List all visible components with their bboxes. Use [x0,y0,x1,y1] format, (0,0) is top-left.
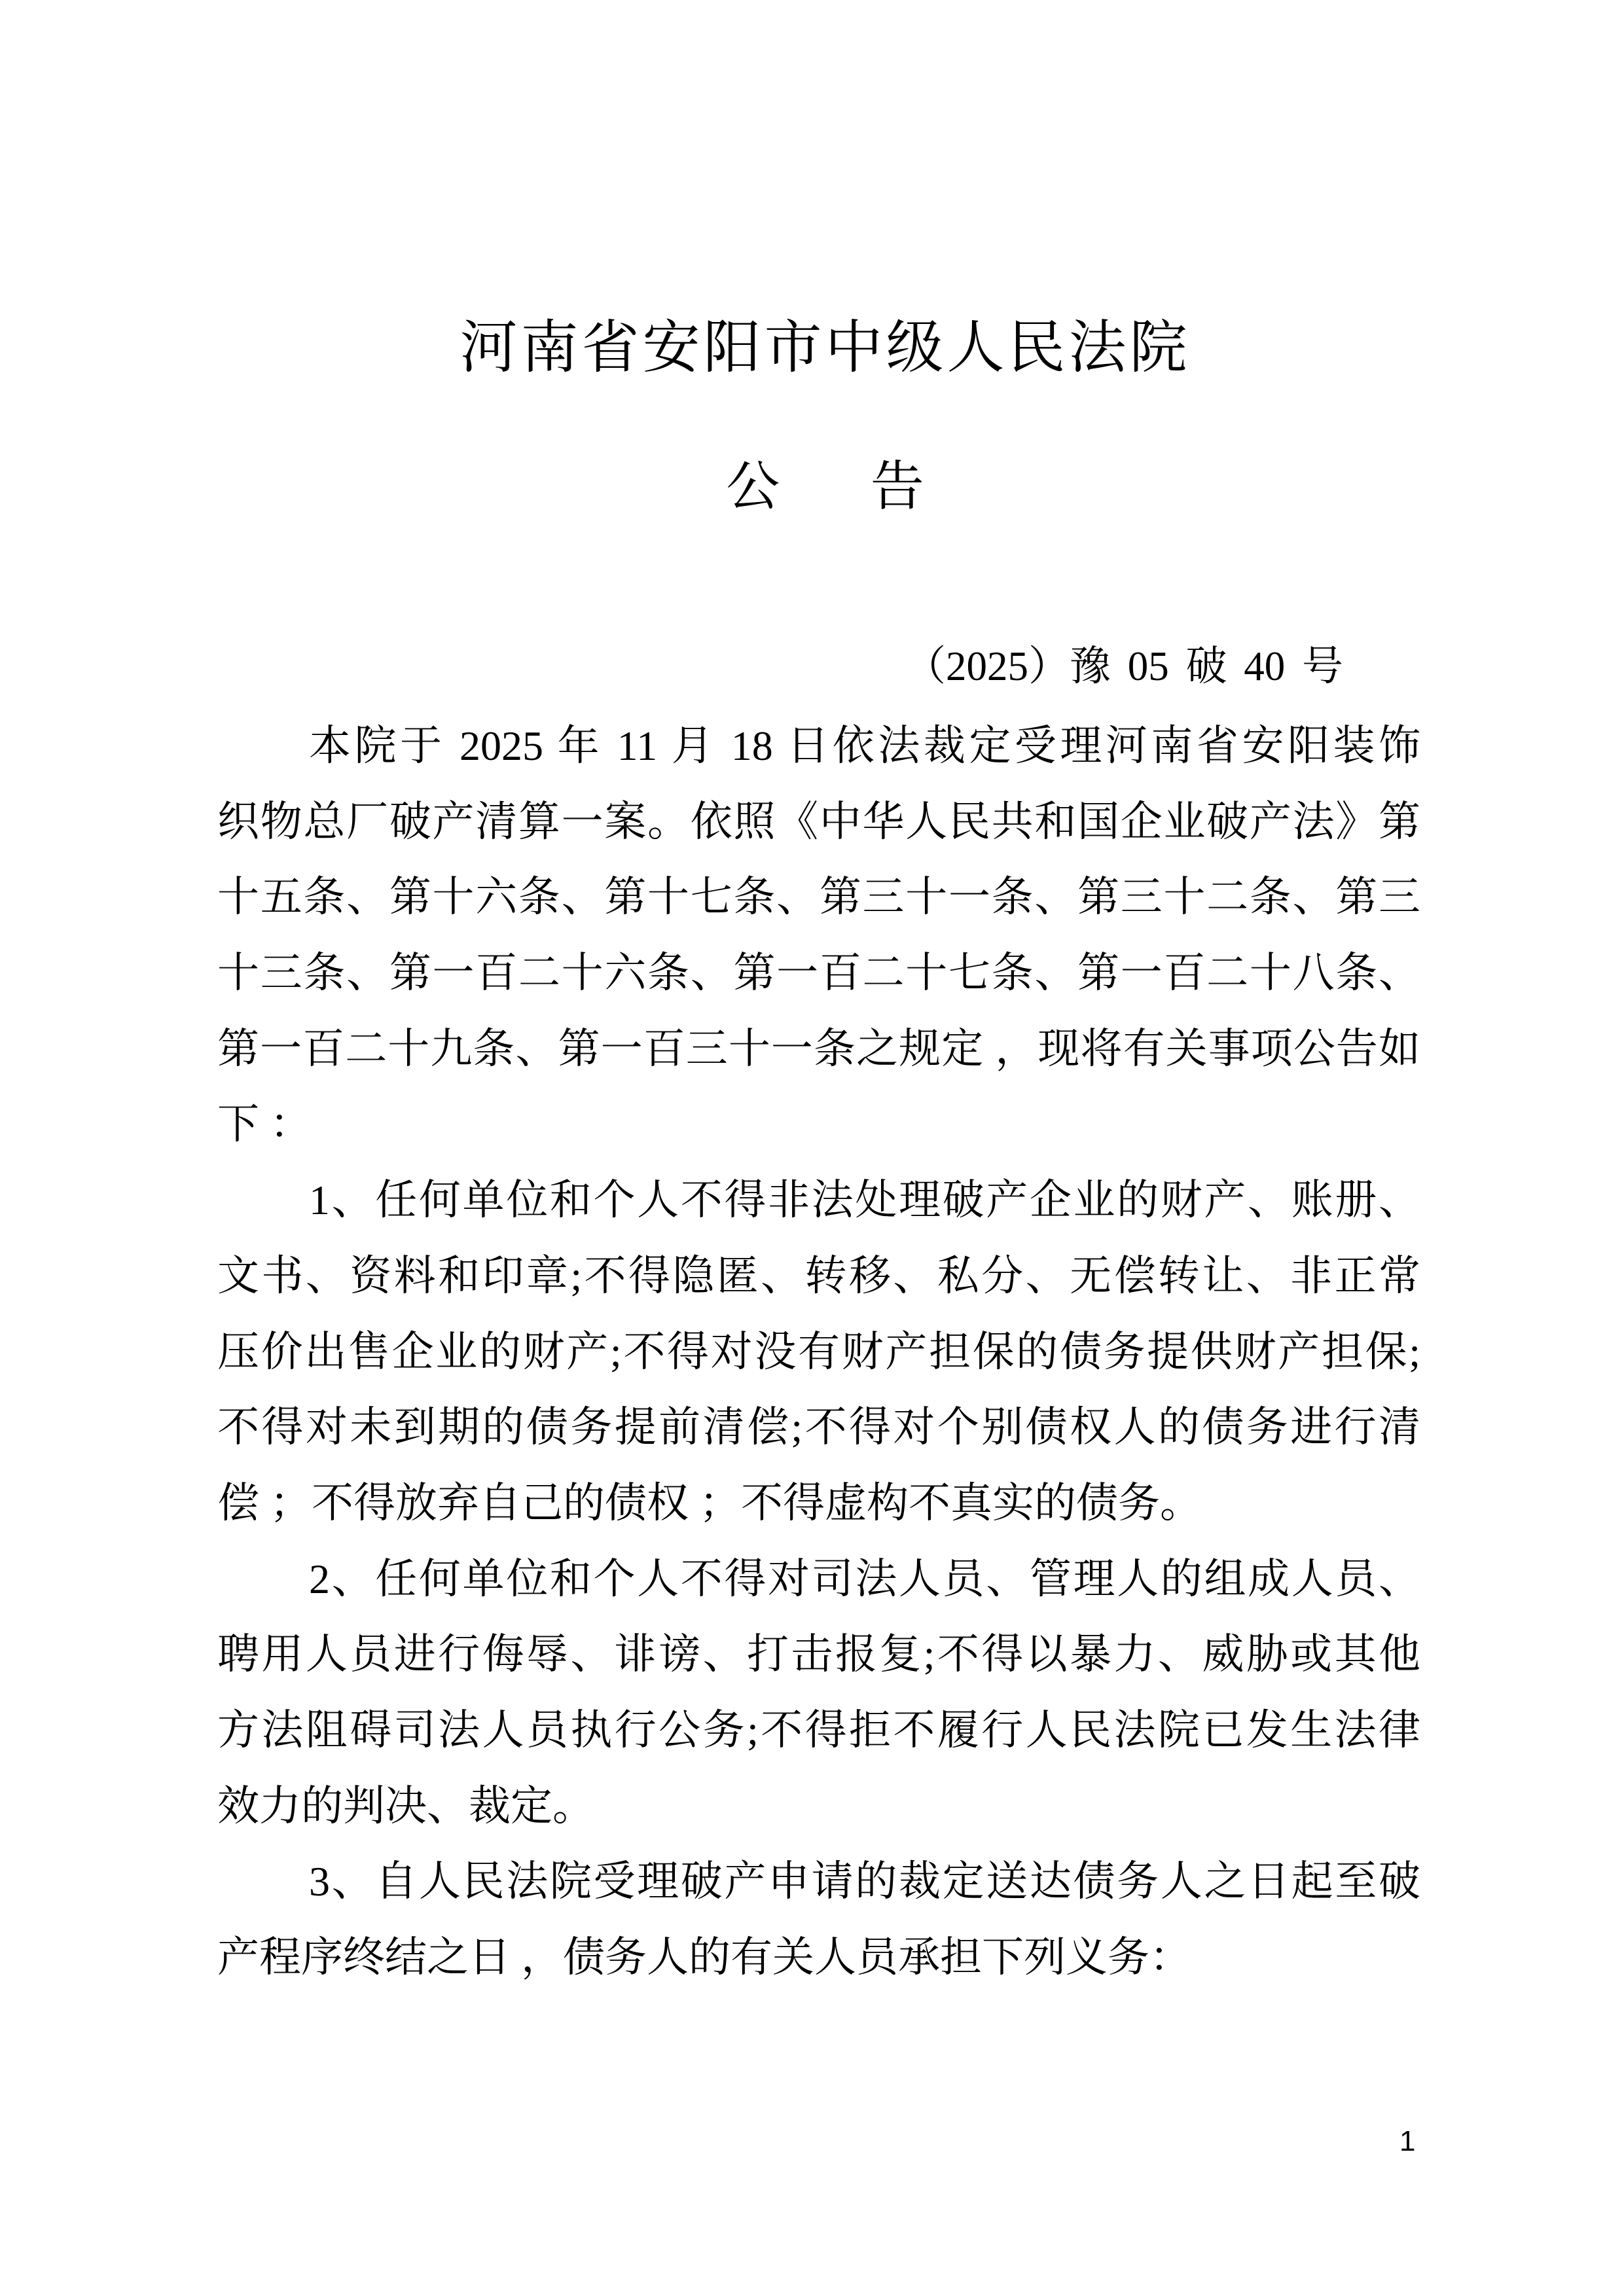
body-line: 产程序终结之日 ，债务人的有关人员承担下列义务： [217,1920,1420,1996]
announcement-heading: 公 告 [0,454,1624,520]
body-line: 3、自人民法院受理破产申请的裁定送达债务人之日起至破 [217,1844,1420,1920]
body-line: 十五条、第十六条、第十七条、第三十一条、第三十二条、第三 [217,859,1420,935]
page-number: 1 [1399,2126,1415,2157]
body-line: 效力的判决、裁定。 [217,1768,1420,1844]
body-line: 聘用人员进行侮辱、诽谤、打击报复;不得以暴力、威胁或其他 [217,1617,1420,1693]
body-line: 文书、资料和印章;不得隐匿、转移、私分、无偿转让、非正常 [217,1238,1420,1314]
body-line: 方法阻碍司法人员执行公务;不得拒不履行人民法院已发生法律 [217,1693,1420,1768]
body-line: 偿 ；不得放弃自己的债权 ；不得虚构不真实的债务。 [217,1465,1420,1541]
body-line: 压价出售企业的财产;不得对没有财产担保的债务提供财产担保; [217,1314,1420,1390]
case-number: （2025）豫 05 破 40 号 [217,636,1420,696]
body-line: 不得对未到期的债务提前清偿;不得对个别债权人的债务进行清 [217,1390,1420,1465]
body-line: 2、任何单位和个人不得对司法人员、管理人的组成人员、 [217,1541,1420,1617]
body-line: 织物总厂破产清算一案。依照《中华人民共和国企业破产法》第 [217,784,1420,860]
body-line: 本院于 2025 年 11 月 18 日依法裁定受理河南省安阳装饰 [217,708,1420,784]
announcement-body: 本院于 2025 年 11 月 18 日依法裁定受理河南省安阳装饰织物总厂破产清… [217,708,1420,1996]
court-name-title: 河南省安阳市中级人民法院 [0,313,1624,385]
body-line: 下 ： [217,1086,1420,1162]
body-line: 十三条、第一百二十六条、第一百二十七条、第一百二十八条、 [217,935,1420,1011]
body-line: 1、任何单位和个人不得非法处理破产企业的财产、账册、 [217,1162,1420,1238]
announcement-page: 河南省安阳市中级人民法院 公 告 （2025）豫 05 破 40 号 本院于 2… [0,0,1624,2296]
body-line: 第一百二十九条、第一百三十一条之规定 ，现将有关事项公告如 [217,1011,1420,1087]
